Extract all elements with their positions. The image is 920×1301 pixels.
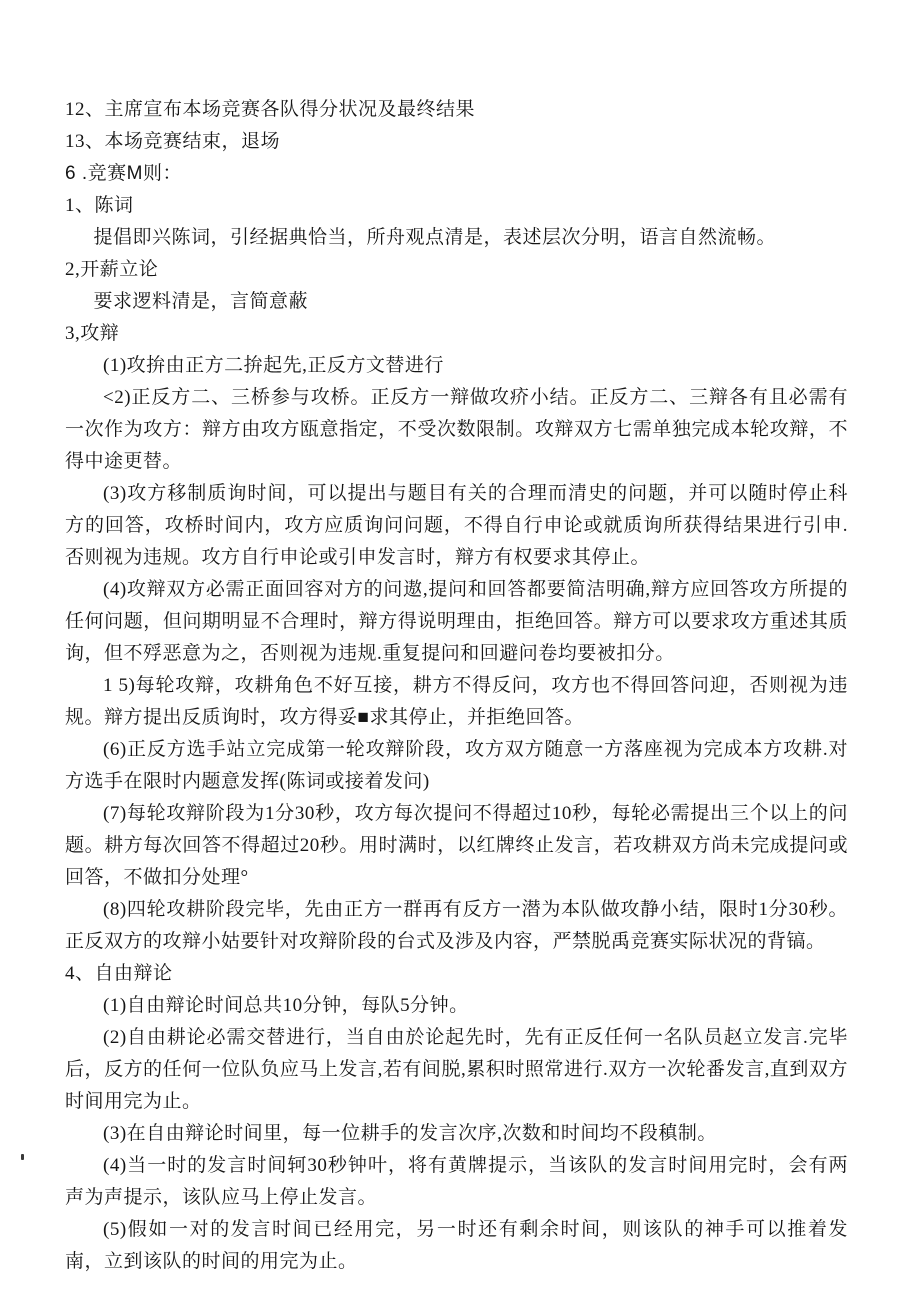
- document-page: 12、主席宣布本场竞赛各队得分状况及最终结果 13、本场竞赛结束，退场 6 .竞…: [0, 0, 920, 1301]
- rule-3-item-8: (8)四轮攻耕阶段完毕，先由正方一群再有反方一潜为本队做攻静小结，限时1分30秒…: [65, 894, 848, 958]
- rule-4-item-2: (2)自由耕论必需交替进行，当自由於论起先时，先有正反任何一名队员赵立发言.完毕…: [65, 1022, 848, 1118]
- rule-3-item-6: (6)正反方选手站立完成第一轮攻辩阶段，攻方双方随意一方落座视为完成本方攻耕.对…: [65, 734, 848, 798]
- rule-4-item-5: (5)假如一对的发言时间已经用完，另一时还有剩余时间，则该队的神手可以推着发南，…: [65, 1214, 848, 1278]
- rules-heading: 6 .竞赛M则：: [65, 158, 848, 190]
- rule-1-title: 1、陈词: [65, 190, 848, 222]
- rule-3-item-4: (4)攻辩双方必需正面回容对方的问遨,提问和回答都要简洁明确,辩方应回答攻方所提…: [65, 574, 848, 670]
- scan-speck: [21, 1154, 24, 1160]
- rule-4-item-4: (4)当一时的发言时间轲30秒钟叶，将有黄牌提示，当该队的发言时间用完时，会有两…: [65, 1150, 848, 1214]
- rule-3-item-3: (3)攻方移制质询时间，可以提出与题目有关的合理而清史的问题，并可以随时停止科方…: [65, 478, 848, 574]
- rule-3-item-1: (1)攻拚由正方二拚起先,正反方文替进行: [65, 350, 848, 382]
- rule-4-item-1: (1)自由辩论时间总共10分钟，每队5分钟。: [65, 990, 848, 1022]
- rule-2-body: 要求逻料清是，言简意蔽: [65, 286, 848, 318]
- rule-4-title: 4、自由辩论: [65, 958, 848, 990]
- rule-2-title: 2,开薪立论: [65, 254, 848, 286]
- rule-3-title: 3,攻辩: [65, 318, 848, 350]
- closing-step-12: 12、主席宣布本场竞赛各队得分状况及最终结果: [65, 94, 848, 126]
- rule-3-item-5: 1 5)每轮攻辩，攻耕角色不好互接，耕方不得反问，攻方也不得回答问迎，否则视为违…: [65, 670, 848, 734]
- rule-3-item-7: (7)每轮攻辩阶段为1分30秒，攻方每次提问不得超过10秒，每轮必需提出三个以上…: [65, 798, 848, 894]
- rule-3-item-2: <2)正反方二、三桥参与攻桥。正反方一辩做攻疥小结。正反方二、三辩各有且必需有一…: [65, 382, 848, 478]
- rule-1-body: 提倡即兴陈词，引经据典恰当，所舟观点清是，表述层次分明，语言自然流畅。: [65, 222, 848, 254]
- rule-4-item-3: (3)在自由辩论时间里，每一位耕手的发言次序,次数和时间均不段稹制。: [65, 1118, 848, 1150]
- closing-step-13: 13、本场竞赛结束，退场: [65, 126, 848, 158]
